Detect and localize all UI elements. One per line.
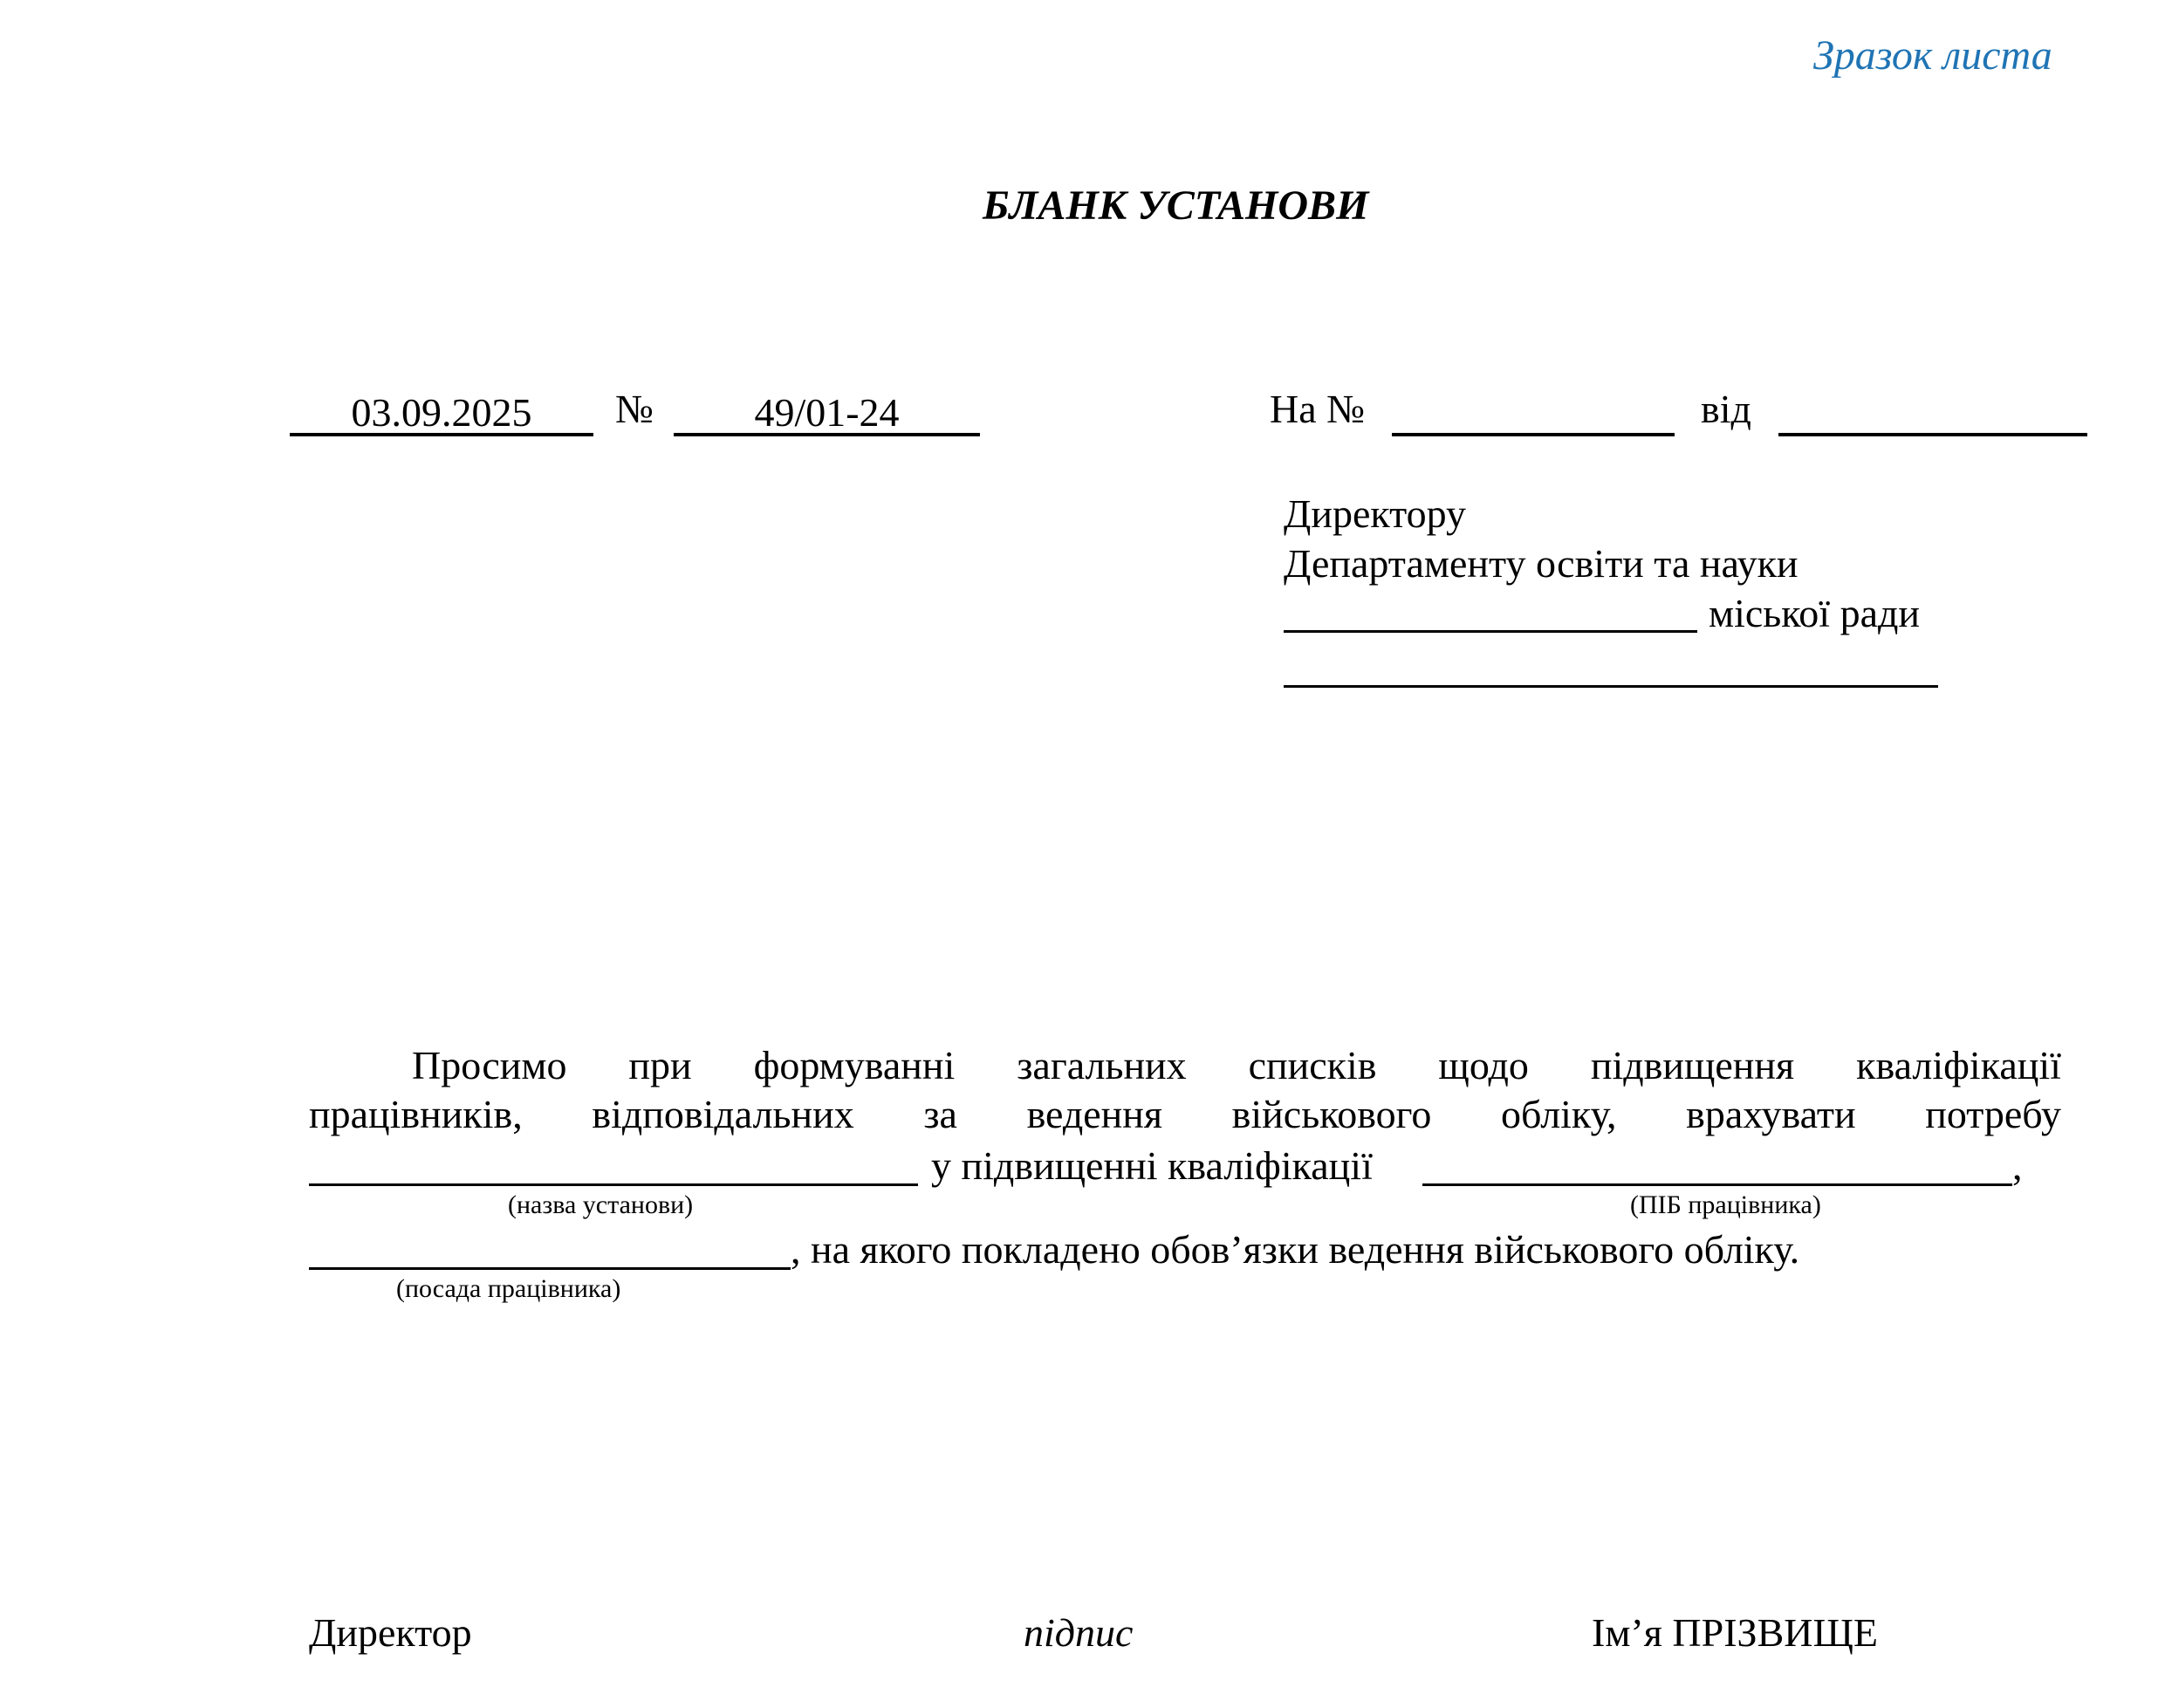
sample-letter-label: Зразок листа — [1813, 35, 2052, 77]
body-line-2-word: ведення — [1027, 1094, 1162, 1135]
body-line-1-word: кваліфікації — [1856, 1046, 2061, 1086]
outgoing-number-value: 49/01-24 — [754, 390, 899, 435]
body-line-1-word: Просимо — [412, 1046, 567, 1086]
outgoing-date-field[interactable]: 03.09.2025 — [290, 389, 593, 436]
addressee-name-blank[interactable] — [1284, 685, 1938, 688]
outgoing-number-field[interactable]: 49/01-24 — [674, 389, 980, 436]
signature-placeholder: підпис — [1024, 1613, 1133, 1653]
employee-name-blank[interactable] — [1422, 1183, 2012, 1186]
from-date-underline — [1778, 433, 2087, 436]
body-line-2-word: за — [923, 1094, 957, 1135]
reply-to-number-underline — [1392, 433, 1675, 436]
outgoing-date-value: 03.09.2025 — [352, 390, 532, 435]
body-line-2-word: потребу — [1925, 1094, 2061, 1135]
body-line-2-word: врахувати — [1686, 1094, 1855, 1135]
body-line-1-word: при — [628, 1046, 691, 1086]
outgoing-number-underline — [674, 433, 980, 436]
from-date-field[interactable] — [1778, 389, 2087, 433]
body-line-4-text: , на якого покладено обов’язки ведення в… — [791, 1230, 1799, 1270]
reply-to-number-label: На № — [1270, 389, 1365, 429]
institution-name-blank[interactable] — [309, 1183, 918, 1186]
body-line-2-word: військового — [1232, 1094, 1432, 1135]
signatory-position: Директор — [309, 1613, 472, 1653]
number-sign-label: № — [615, 389, 654, 429]
body-line-1-word: формуванні — [754, 1046, 956, 1086]
body-line-3-text: у підвищенні кваліфікації — [931, 1146, 1373, 1186]
city-name-blank[interactable] — [1284, 630, 1697, 633]
addressee-line-2: Департаменту освіти та науки — [1284, 544, 1798, 584]
hint-institution: (назва установи) — [508, 1192, 693, 1218]
hint-employee-name: (ПІБ працівника) — [1630, 1192, 1821, 1218]
body-line-2-word: працівників, — [309, 1094, 523, 1135]
position-blank[interactable] — [309, 1267, 791, 1270]
addressee-line-1: Директору — [1284, 494, 1466, 534]
body-line-1-word: списків — [1249, 1046, 1377, 1086]
from-date-label: від — [1701, 389, 1751, 429]
outgoing-date-underline — [290, 433, 593, 436]
body-line-1: Просимоприформуваннізагальнихсписківщодо… — [412, 1046, 2061, 1086]
body-line-1-word: загальних — [1017, 1046, 1186, 1086]
body-line-2-word: обліку, — [1501, 1094, 1617, 1135]
signatory-name: Ім’я ПРІЗВИЩЕ — [1592, 1613, 1878, 1653]
hint-position: (посада працівника) — [396, 1276, 620, 1302]
body-line-3-comma: , — [2012, 1146, 2023, 1186]
body-line-1-word: підвищення — [1591, 1046, 1794, 1086]
addressee-city-council: міської ради — [1709, 593, 1920, 634]
body-line-1-word: щодо — [1438, 1046, 1529, 1086]
reply-to-number-field[interactable] — [1392, 389, 1675, 433]
body-line-2: працівників,відповідальнихзаведеннявійсь… — [309, 1094, 2061, 1135]
letterhead-title: БЛАНК УСТАНОВИ — [983, 185, 1368, 227]
body-line-2-word: відповідальних — [592, 1094, 853, 1135]
